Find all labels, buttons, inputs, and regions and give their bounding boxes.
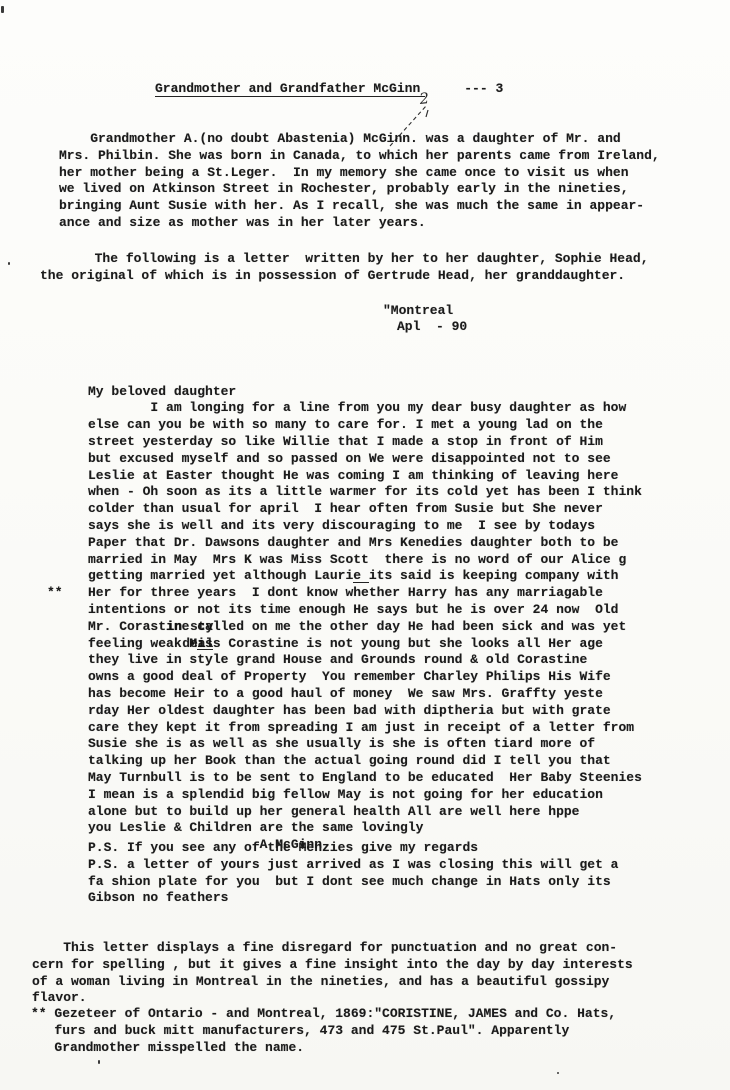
page-title: Grandmother and Grandfather McGinn --- 3	[155, 81, 503, 98]
letter-date: Apl - 90	[397, 319, 467, 336]
overstrike-style: in sty	[167, 619, 214, 636]
underline-deal	[197, 649, 213, 650]
preface-paragraph: The following is a letter written by her…	[40, 251, 649, 285]
annotation-number: 2	[418, 89, 430, 108]
annotation-tick	[426, 110, 428, 117]
letter-place: "Montreal	[383, 303, 453, 320]
margin-marker: **	[47, 585, 63, 602]
postscript-block: P.S. If you see any of the Menzies give …	[88, 840, 619, 907]
letter-body: My beloved daughter I am longing for a l…	[88, 350, 642, 1039]
ink-speck	[1, 6, 4, 13]
ink-speck	[557, 1072, 559, 1074]
footnote: ** Gezeteer of Ontario - and Montreal, 1…	[31, 1006, 616, 1056]
ink-speck	[98, 1060, 100, 1064]
intro-paragraph: Grandmother A.(no doubt Abastenia) McGin…	[59, 131, 660, 232]
ink-speck	[8, 262, 10, 265]
underline-he	[353, 582, 369, 583]
document-page: Grandmother and Grandfather McGinn --- 3…	[0, 0, 730, 1090]
commentary-paragraph: This letter displays a fine disregard fo…	[32, 940, 633, 1007]
